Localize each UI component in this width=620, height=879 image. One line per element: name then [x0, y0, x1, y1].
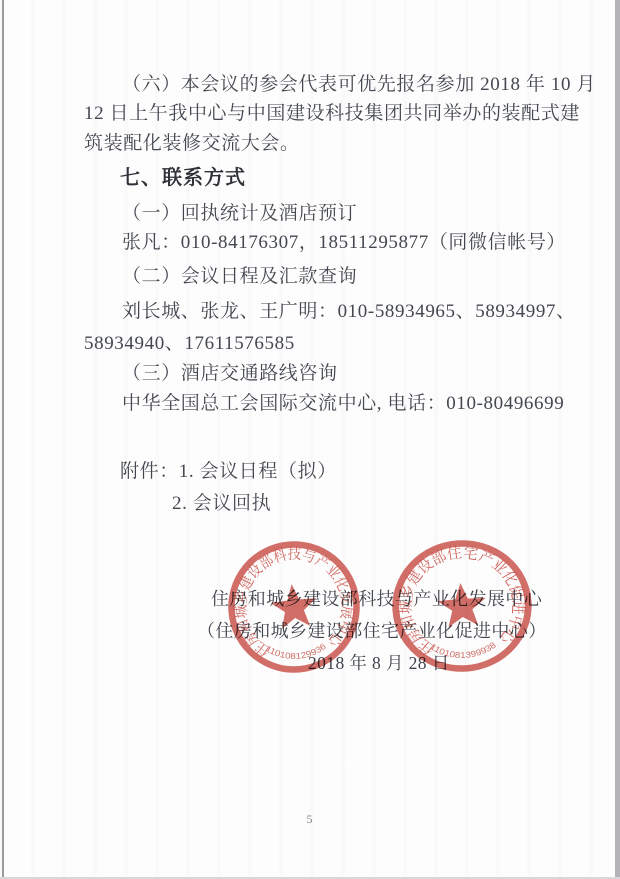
seal-star-icon — [269, 582, 319, 630]
paragraph-6-line-3: 筑装配化装修交流大会。 — [84, 131, 300, 157]
seal-star-icon — [436, 581, 487, 628]
contact-item-2-phones-line-1: 刘长城、张龙、王广明：010-58934965、58934997、 — [122, 299, 576, 325]
contact-item-2-phones-line-2: 58934940、17611576585 — [84, 331, 295, 357]
contact-item-1-phones: 张凡：010-84176307，18511295877（同微信帐号） — [122, 230, 566, 256]
seal-serial-number: 1101081399938 — [428, 637, 499, 662]
contact-item-1-title: （一）回执统计及酒店预订 — [122, 201, 357, 227]
scan-edge-left — [2, 0, 4, 879]
paragraph-6-line-2: 12 日上午我中心与中国建设科技集团共同举办的装配式建 — [84, 101, 580, 127]
attachment-item-1: 附件：1. 会议日程（拟） — [120, 459, 337, 485]
page-number: 5 — [0, 812, 620, 827]
contact-item-3-phone: 中华全国总工会国际交流中心, 电话：010-80496699 — [122, 391, 564, 417]
section-heading-contact: 七、联系方式 — [120, 165, 246, 191]
official-seal-right: 住房和城乡建设部住宅产业化促进中心 1101081399938 — [361, 510, 564, 703]
paragraph-6-line-1: （六）本会议的参会代表可优先报名参加 2018 年 10 月 — [122, 72, 596, 98]
contact-item-3-title: （三）酒店交通路线咨询 — [122, 361, 338, 387]
scan-edge-right — [615, 0, 620, 879]
seal-serial-number: 110108129936 — [263, 637, 329, 664]
attachment-item-2: 2. 会议回执 — [172, 491, 271, 517]
scanned-document-page: （六）本会议的参会代表可优先报名参加 2018 年 10 月 12 日上午我中心… — [0, 0, 620, 879]
contact-item-2-title: （二）会议日程及汇款查询 — [122, 264, 357, 290]
